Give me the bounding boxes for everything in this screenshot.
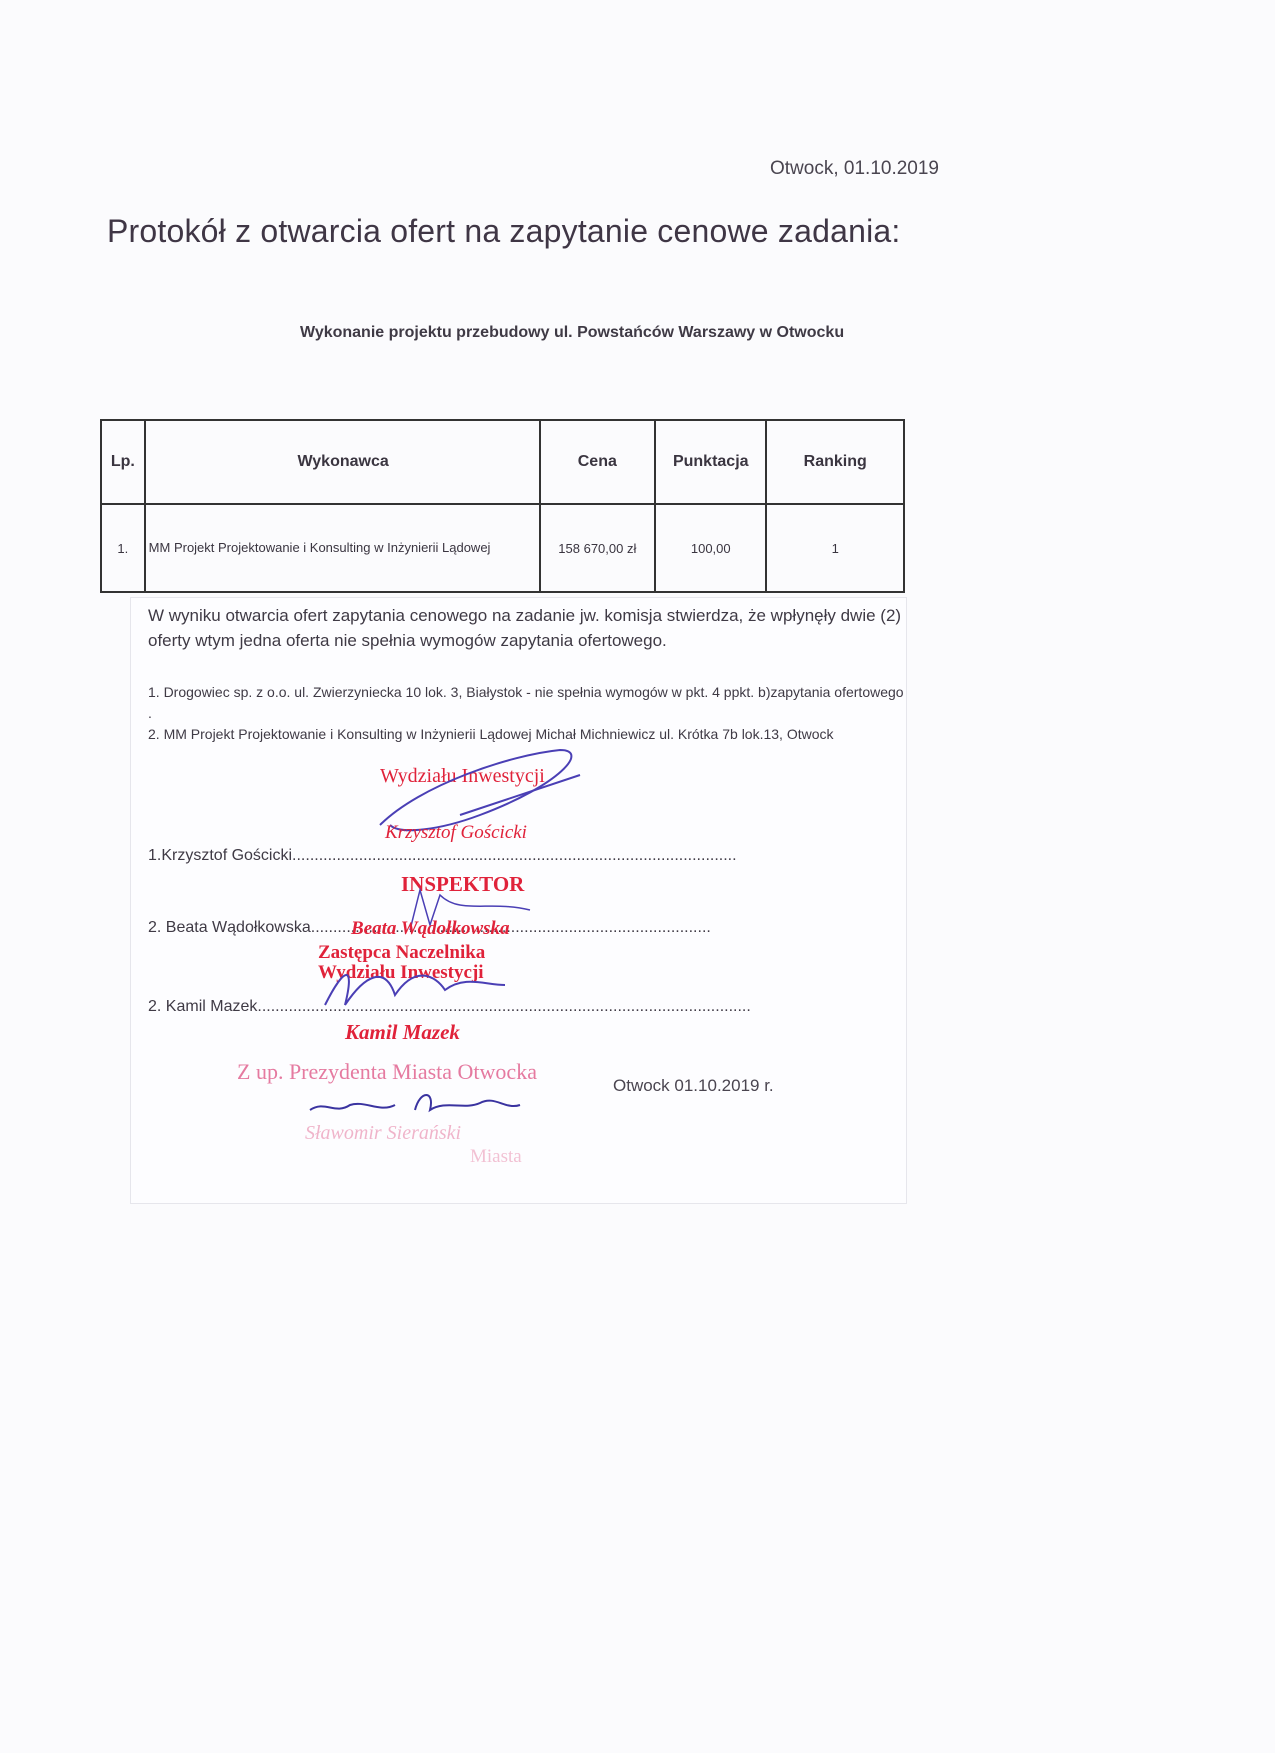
document-subtitle: Wykonanie projektu przebudowy ul. Powsta… (300, 324, 844, 342)
signature-line-3: 2. Kamil Mazek..........................… (148, 998, 751, 1016)
cell-lp: 1. (101, 504, 145, 592)
stamp-name: Kamil Mazek (345, 1020, 460, 1045)
place-date: Otwock, 01.10.2019 (770, 158, 939, 180)
header-wykonawca: Wykonawca (145, 420, 540, 504)
signature-scribble-icon (305, 1085, 545, 1125)
finding-item-1: 1. Drogowiec sp. z o.o. ul. Zwierzynieck… (148, 682, 908, 724)
signatory-name: 2. Beata Wądołkowska (148, 919, 311, 936)
offers-table: Lp. Wykonawca Cena Punktacja Ranking 1. … (100, 419, 905, 593)
cell-punktacja: 100,00 (655, 504, 766, 592)
table-row: 1. MM Projekt Projektowanie i Konsulting… (101, 504, 904, 592)
header-lp: Lp. (101, 420, 145, 504)
approval-stamp-name: Sławomir Sierański (305, 1122, 461, 1145)
finding-item-2: 2. MM Projekt Projektowanie i Konsulting… (148, 724, 908, 745)
cell-cena: 158 670,00 zł (540, 504, 656, 592)
approval-date: Otwock 01.10.2019 r. (613, 1076, 774, 1096)
header-cena: Cena (540, 420, 656, 504)
stamp-name: Krzysztof Gościcki (385, 822, 527, 844)
signatory-name: 2. Kamil Mazek (148, 998, 257, 1015)
signatory-name: 1.Krzysztof Gościcki (148, 847, 292, 864)
approval-stamp-line: Miasta (470, 1146, 522, 1168)
signature-line-1: 1.Krzysztof Gościcki....................… (148, 847, 737, 865)
approval-stamp-line: Z up. Prezydenta Miasta Otwocka (237, 1059, 537, 1085)
cell-wykonawca: MM Projekt Projektowanie i Konsulting w … (145, 504, 540, 592)
findings-paragraph: W wyniku otwarcia ofert zapytania cenowe… (148, 603, 908, 653)
table-header-row: Lp. Wykonawca Cena Punktacja Ranking (101, 420, 904, 504)
signature-dots: ........................................… (292, 847, 737, 864)
document-title: Protokół z otwarcia ofert na zapytanie c… (107, 213, 900, 250)
header-ranking: Ranking (766, 420, 904, 504)
header-punktacja: Punktacja (655, 420, 766, 504)
signature-dots: ........................................… (257, 998, 750, 1015)
stamp-name: Beata Wądołkowska (351, 918, 510, 940)
cell-ranking: 1 (766, 504, 904, 592)
